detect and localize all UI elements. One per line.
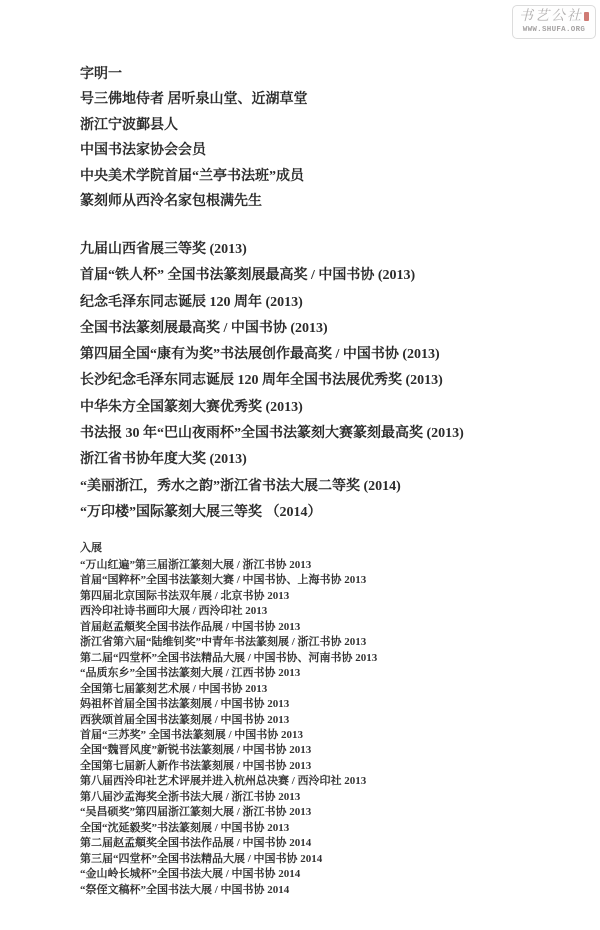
exhibition-line: 第二届赵孟頫奖全国书法作品展 / 中国书协 2014: [80, 836, 377, 851]
bio-line: 中央美术学院首届“兰亭书法班”成员: [80, 164, 308, 189]
exhibition-line: 全国“沈延毅奖”书法篆刻展 / 中国书协 2013: [80, 821, 377, 836]
bio-line: 浙江宁波鄞县人: [80, 113, 308, 138]
exhibition-line: 第四届北京国际书法双年展 / 北京书协 2013: [80, 589, 377, 604]
exhibition-line: “金山岭长城杯”全国书法大展 / 中国书协 2014: [80, 867, 377, 882]
award-line: 纪念毛泽东同志诞辰 120 周年 (2013): [80, 290, 464, 316]
exhibitions-section: “万山红遍”第三届浙江篆刻大展 / 浙江书协 2013 首届“国粹杯”全国书法篆…: [80, 558, 377, 898]
exhibition-line: 首届“三苏奖” 全国书法篆刻展 / 中国书协 2013: [80, 728, 377, 743]
award-line: “万印楼”国际篆刻大展三等奖 （2014）: [80, 500, 464, 526]
exhibition-line: 第八届沙孟海奖全浙书法大展 / 浙江书协 2013: [80, 790, 377, 805]
award-line: 书法报 30 年“巴山夜雨杯”全国书法篆刻大赛篆刻最高奖 (2013): [80, 421, 464, 447]
exhibition-line: 西泠印社诗书画印大展 / 西泠印社 2013: [80, 604, 377, 619]
bio-line: 中国书法家协会会员: [80, 138, 308, 163]
exhibition-line: 第三届“四堂杯”全国书法精品大展 / 中国书协 2014: [80, 852, 377, 867]
exhibitions-heading: 入展: [80, 540, 102, 556]
award-line: 首届“铁人杯” 全国书法篆刻展最高奖 / 中国书协 (2013): [80, 263, 464, 289]
exhibition-line: 首届“国粹杯”全国书法篆刻大赛 / 中国书协、上海书协 2013: [80, 573, 377, 588]
award-line: 中华朱方全国篆刻大赛优秀奖 (2013): [80, 395, 464, 421]
award-line: 浙江省书协年度大奖 (2013): [80, 447, 464, 473]
bio-line: 字明一: [80, 62, 308, 87]
exhibition-line: 首届赵孟頫奖全国书法作品展 / 中国书协 2013: [80, 620, 377, 635]
exhibition-line: “吴昌硕奖”第四届浙江篆刻大展 / 浙江书协 2013: [80, 805, 377, 820]
document-page: 书艺公社 WWW.SHUFA.ORG 字明一 号三佛地侍者 居听泉山堂、近湖草堂…: [0, 0, 600, 930]
shufa-logo-calligraphy: 书艺公社: [519, 9, 583, 24]
exhibition-line: 全国第七届篆刻艺术展 / 中国书协 2013: [80, 682, 377, 697]
exhibition-line: 全国“魏晋风度”新锐书法篆刻展 / 中国书协 2013: [80, 743, 377, 758]
bio-line: 篆刻师从西泠名家包根满先生: [80, 189, 308, 214]
award-line: 九届山西省展三等奖 (2013): [80, 237, 464, 263]
award-line: 第四届全国“康有为奖”书法展创作最高奖 / 中国书协 (2013): [80, 342, 464, 368]
exhibition-line: 全国第七届新人新作书法篆刻展 / 中国书协 2013: [80, 759, 377, 774]
exhibition-line: “万山红遍”第三届浙江篆刻大展 / 浙江书协 2013: [80, 558, 377, 573]
awards-section: 九届山西省展三等奖 (2013) 首届“铁人杯” 全国书法篆刻展最高奖 / 中国…: [80, 237, 464, 526]
exhibition-line: 第八届西泠印社艺术评展并进入杭州总决赛 / 西泠印社 2013: [80, 774, 377, 789]
bio-line: 号三佛地侍者 居听泉山堂、近湖草堂: [80, 87, 308, 112]
red-seal-icon: [584, 12, 589, 21]
exhibition-line: 妈祖杯首届全国书法篆刻展 / 中国书协 2013: [80, 697, 377, 712]
exhibition-line: 第二届“四堂杯”全国书法精品大展 / 中国书协、河南书协 2013: [80, 651, 377, 666]
award-line: 长沙纪念毛泽东同志诞辰 120 周年全国书法展优秀奖 (2013): [80, 368, 464, 394]
bio-section: 字明一 号三佛地侍者 居听泉山堂、近湖草堂 浙江宁波鄞县人 中国书法家协会会员 …: [80, 62, 308, 214]
award-line: “美丽浙江，秀水之韵”浙江省书法大展二等奖 (2014): [80, 474, 464, 500]
shufa-logo-url: WWW.SHUFA.ORG: [513, 25, 595, 36]
shufa-watermark: 书艺公社 WWW.SHUFA.ORG: [512, 5, 596, 39]
award-line: 全国书法篆刻展最高奖 / 中国书协 (2013): [80, 316, 464, 342]
shufa-logo-row: 书艺公社: [513, 7, 595, 25]
exhibition-line: “品质东乡”全国书法篆刻大展 / 江西书协 2013: [80, 666, 377, 681]
exhibition-line: “祭侄文稿杯”全国书法大展 / 中国书协 2014: [80, 883, 377, 898]
exhibition-line: 浙江省第六届“陆维钊奖”中青年书法篆刻展 / 浙江书协 2013: [80, 635, 377, 650]
exhibition-line: 西狭颂首届全国书法篆刻展 / 中国书协 2013: [80, 713, 377, 728]
